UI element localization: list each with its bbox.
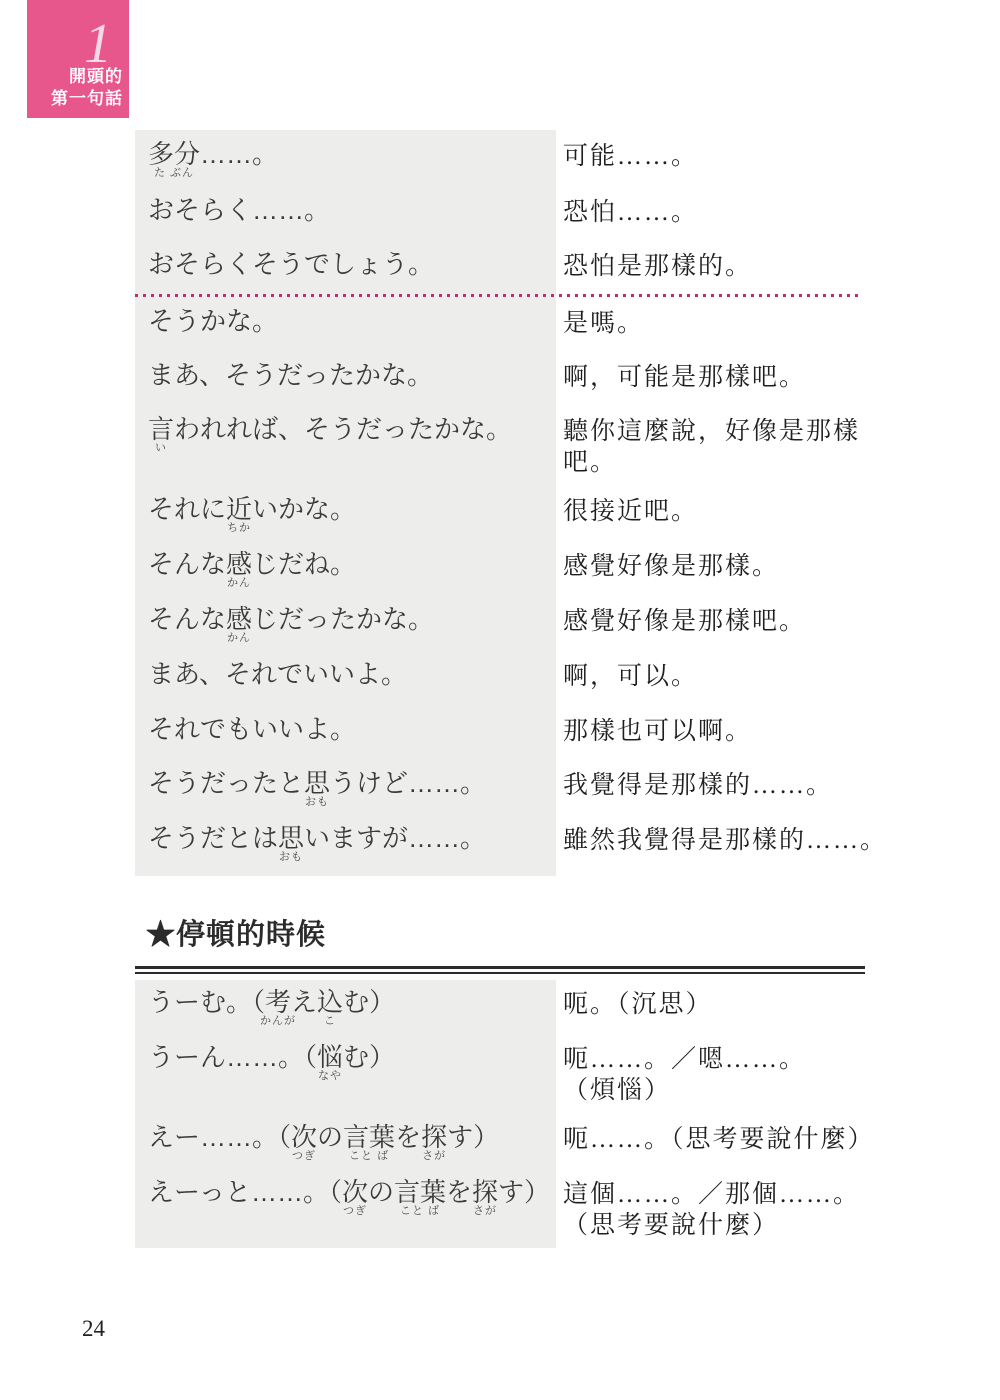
section-rule: [135, 966, 865, 974]
japanese-phrase: そうだったと思おもうけど……。: [148, 769, 578, 807]
furigana: かん: [226, 577, 252, 589]
chinese-translation: 這個……。／那個……。 （思考要說什麼）: [563, 1179, 923, 1241]
japanese-phrase: うーん……。（悩なやむ）: [148, 1043, 578, 1081]
chinese-translation: 恐怕是那樣的。: [563, 251, 923, 282]
japanese-phrase: えーっと……。（次つぎの言葉こと ばを探さがす）: [148, 1178, 578, 1217]
chapter-title-line1: 開頭的: [27, 66, 123, 88]
furigana: た ぶん: [148, 167, 200, 179]
japanese-phrase: 多分た ぶん……。: [148, 140, 578, 179]
furigana: ちか: [226, 522, 252, 534]
furigana: さが: [472, 1205, 498, 1217]
furigana: なや: [317, 1070, 343, 1082]
chapter-tab: 1 開頭的 第一句話: [27, 0, 129, 118]
chapter-title: 開頭的 第一句話: [27, 66, 123, 110]
chinese-translation: 感覺好像是那樣吧。: [563, 606, 923, 637]
japanese-phrase: おそらく……。: [148, 196, 578, 226]
furigana: つぎ: [342, 1205, 368, 1217]
chinese-translation: 雖然我覺得是那樣的……。: [563, 825, 923, 856]
chinese-translation: 恐怕……。: [563, 197, 923, 228]
chinese-translation: 呃。（沉思）: [563, 989, 923, 1020]
japanese-phrase: そうかな。: [148, 307, 578, 337]
furigana: つぎ: [291, 1150, 317, 1162]
furigana: こと ば: [343, 1150, 395, 1162]
chinese-translation: 很接近吧。: [563, 496, 923, 527]
japanese-phrase: おそらくそうでしょう。: [148, 250, 578, 280]
furigana: い: [148, 442, 174, 454]
chinese-translation: 是嗎。: [563, 308, 923, 339]
japanese-phrase: それに近ちかいかな。: [148, 495, 578, 533]
japanese-phrase: そうだとは思おもいますが……。: [148, 824, 578, 862]
furigana: かん: [226, 632, 252, 644]
japanese-phrase: それでもいいよ。: [148, 715, 578, 745]
furigana: おも: [304, 796, 330, 808]
chinese-translation: 可能……。: [563, 141, 923, 172]
book-page: 1 開頭的 第一句話 多分た ぶん……。 可能……。 おそらく……。 恐怕……。…: [0, 0, 1000, 1400]
japanese-phrase: 言いわれれば、そうだったかな。: [148, 415, 578, 453]
chinese-translation: 聽你這麼說，好像是那樣 吧。: [563, 416, 923, 478]
furigana: おも: [278, 851, 304, 863]
chapter-number: 1: [84, 16, 112, 72]
chinese-translation: 啊，可能是那樣吧。: [563, 362, 923, 393]
furigana: こと ば: [394, 1205, 446, 1217]
chapter-title-line2: 第一句話: [27, 88, 123, 110]
chinese-translation: 啊，可以。: [563, 661, 923, 692]
japanese-phrase: うーむ。（考かんがえ込こむ）: [148, 988, 578, 1026]
chinese-translation: 我覺得是那樣的……。: [563, 770, 923, 801]
japanese-phrase: まあ、そうだったかな。: [148, 361, 578, 391]
chinese-translation: 呃……。（思考要說什麼）: [563, 1124, 923, 1155]
chinese-translation: 呃……。／嗯……。 （煩惱）: [563, 1044, 923, 1106]
japanese-phrase: そんな感かんじだったかな。: [148, 605, 578, 643]
japanese-phrase: そんな感かんじだね。: [148, 550, 578, 588]
furigana: さが: [421, 1150, 447, 1162]
furigana: こ: [317, 1015, 343, 1027]
furigana: かんが: [260, 1015, 296, 1027]
chinese-translation: 感覺好像是那樣。: [563, 551, 923, 582]
dotted-divider: [135, 294, 863, 297]
section-header: ★停頓的時候: [146, 912, 326, 953]
chinese-translation: 那樣也可以啊。: [563, 716, 923, 747]
japanese-phrase: えー……。（次つぎの言葉こと ばを探さがす）: [148, 1123, 578, 1162]
page-number: 24: [82, 1316, 105, 1342]
japanese-phrase: まあ、それでいいよ。: [148, 660, 578, 690]
